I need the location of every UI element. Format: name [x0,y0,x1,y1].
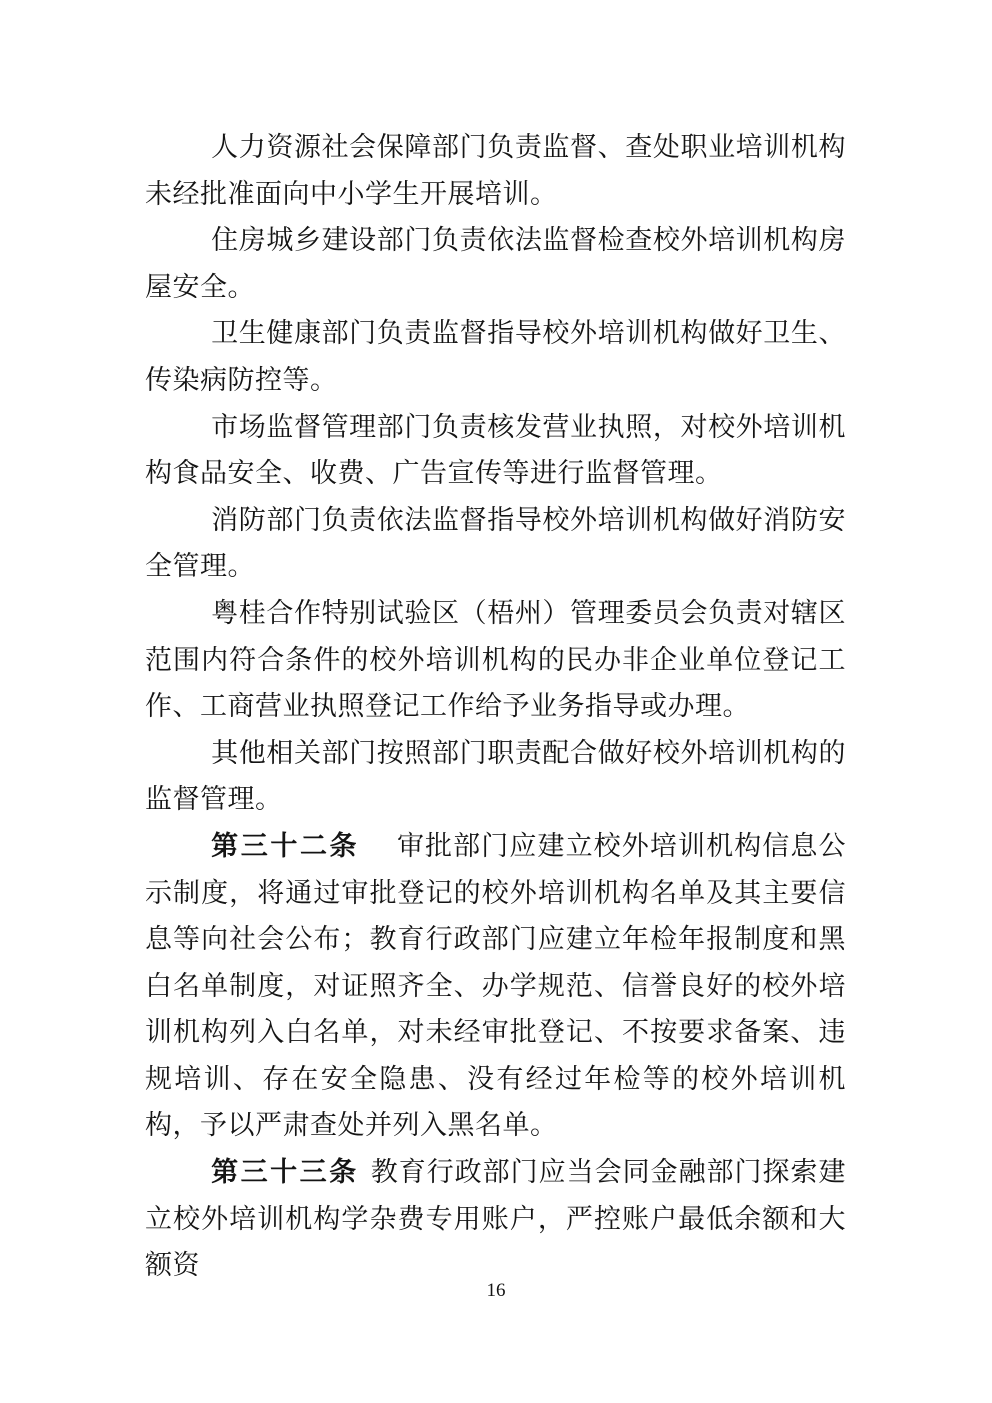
document-page: 人力资源社会保障部门负责监督、查处职业培训机构未经批准面向中小学生开展培训。 住… [0,0,992,1403]
paragraph: 人力资源社会保障部门负责监督、查处职业培训机构未经批准面向中小学生开展培训。 [145,124,846,217]
paragraph-text: 卫生健康部门负责监督指导校外培训机构做好卫生、传染病防控等。 [145,318,846,395]
paragraph-text: 其他相关部门按照部门职责配合做好校外培训机构的监督管理。 [145,738,846,815]
page-number: 16 [0,1280,992,1302]
paragraph-text: 住房城乡建设部门负责依法监督检查校外培训机构房屋安全。 [145,225,846,302]
document-body: 人力资源社会保障部门负责监督、查处职业培训机构未经批准面向中小学生开展培训。 住… [145,124,846,1289]
paragraph: 卫生健康部门负责监督指导校外培训机构做好卫生、传染病防控等。 [145,310,846,403]
paragraph: 市场监督管理部门负责核发营业执照，对校外培训机构食品安全、收费、广告宣传等进行监… [145,404,846,497]
paragraph-text: 审批部门应建立校外培训机构信息公示制度，将通过审批登记的校外培训机构名单及其主要… [145,831,846,1141]
article-number-heading: 第三十三条 [211,1157,358,1187]
paragraph: 住房城乡建设部门负责依法监督检查校外培训机构房屋安全。 [145,217,846,310]
paragraph: 消防部门负责依法监督指导校外培训机构做好消防安全管理。 [145,497,846,590]
paragraph: 第三十三条教育行政部门应当会同金融部门探索建立校外培训机构学杂费专用账户，严控账… [145,1149,846,1289]
paragraph: 其他相关部门按照部门职责配合做好校外培训机构的监督管理。 [145,730,846,823]
paragraph-text: 市场监督管理部门负责核发营业执照，对校外培训机构食品安全、收费、广告宣传等进行监… [145,412,846,489]
paragraph: 粤桂合作特别试验区（梧州）管理委员会负责对辖区范围内符合条件的校外培训机构的民办… [145,590,846,730]
paragraph-text: 人力资源社会保障部门负责监督、查处职业培训机构未经批准面向中小学生开展培训。 [145,132,846,209]
paragraph-text: 粤桂合作特别试验区（梧州）管理委员会负责对辖区范围内符合条件的校外培训机构的民办… [145,598,846,721]
paragraph: 第三十二条审批部门应建立校外培训机构信息公示制度，将通过审批登记的校外培训机构名… [145,823,846,1149]
paragraph-text: 消防部门负责依法监督指导校外培训机构做好消防安全管理。 [145,505,846,582]
article-number-heading: 第三十二条 [211,831,359,861]
